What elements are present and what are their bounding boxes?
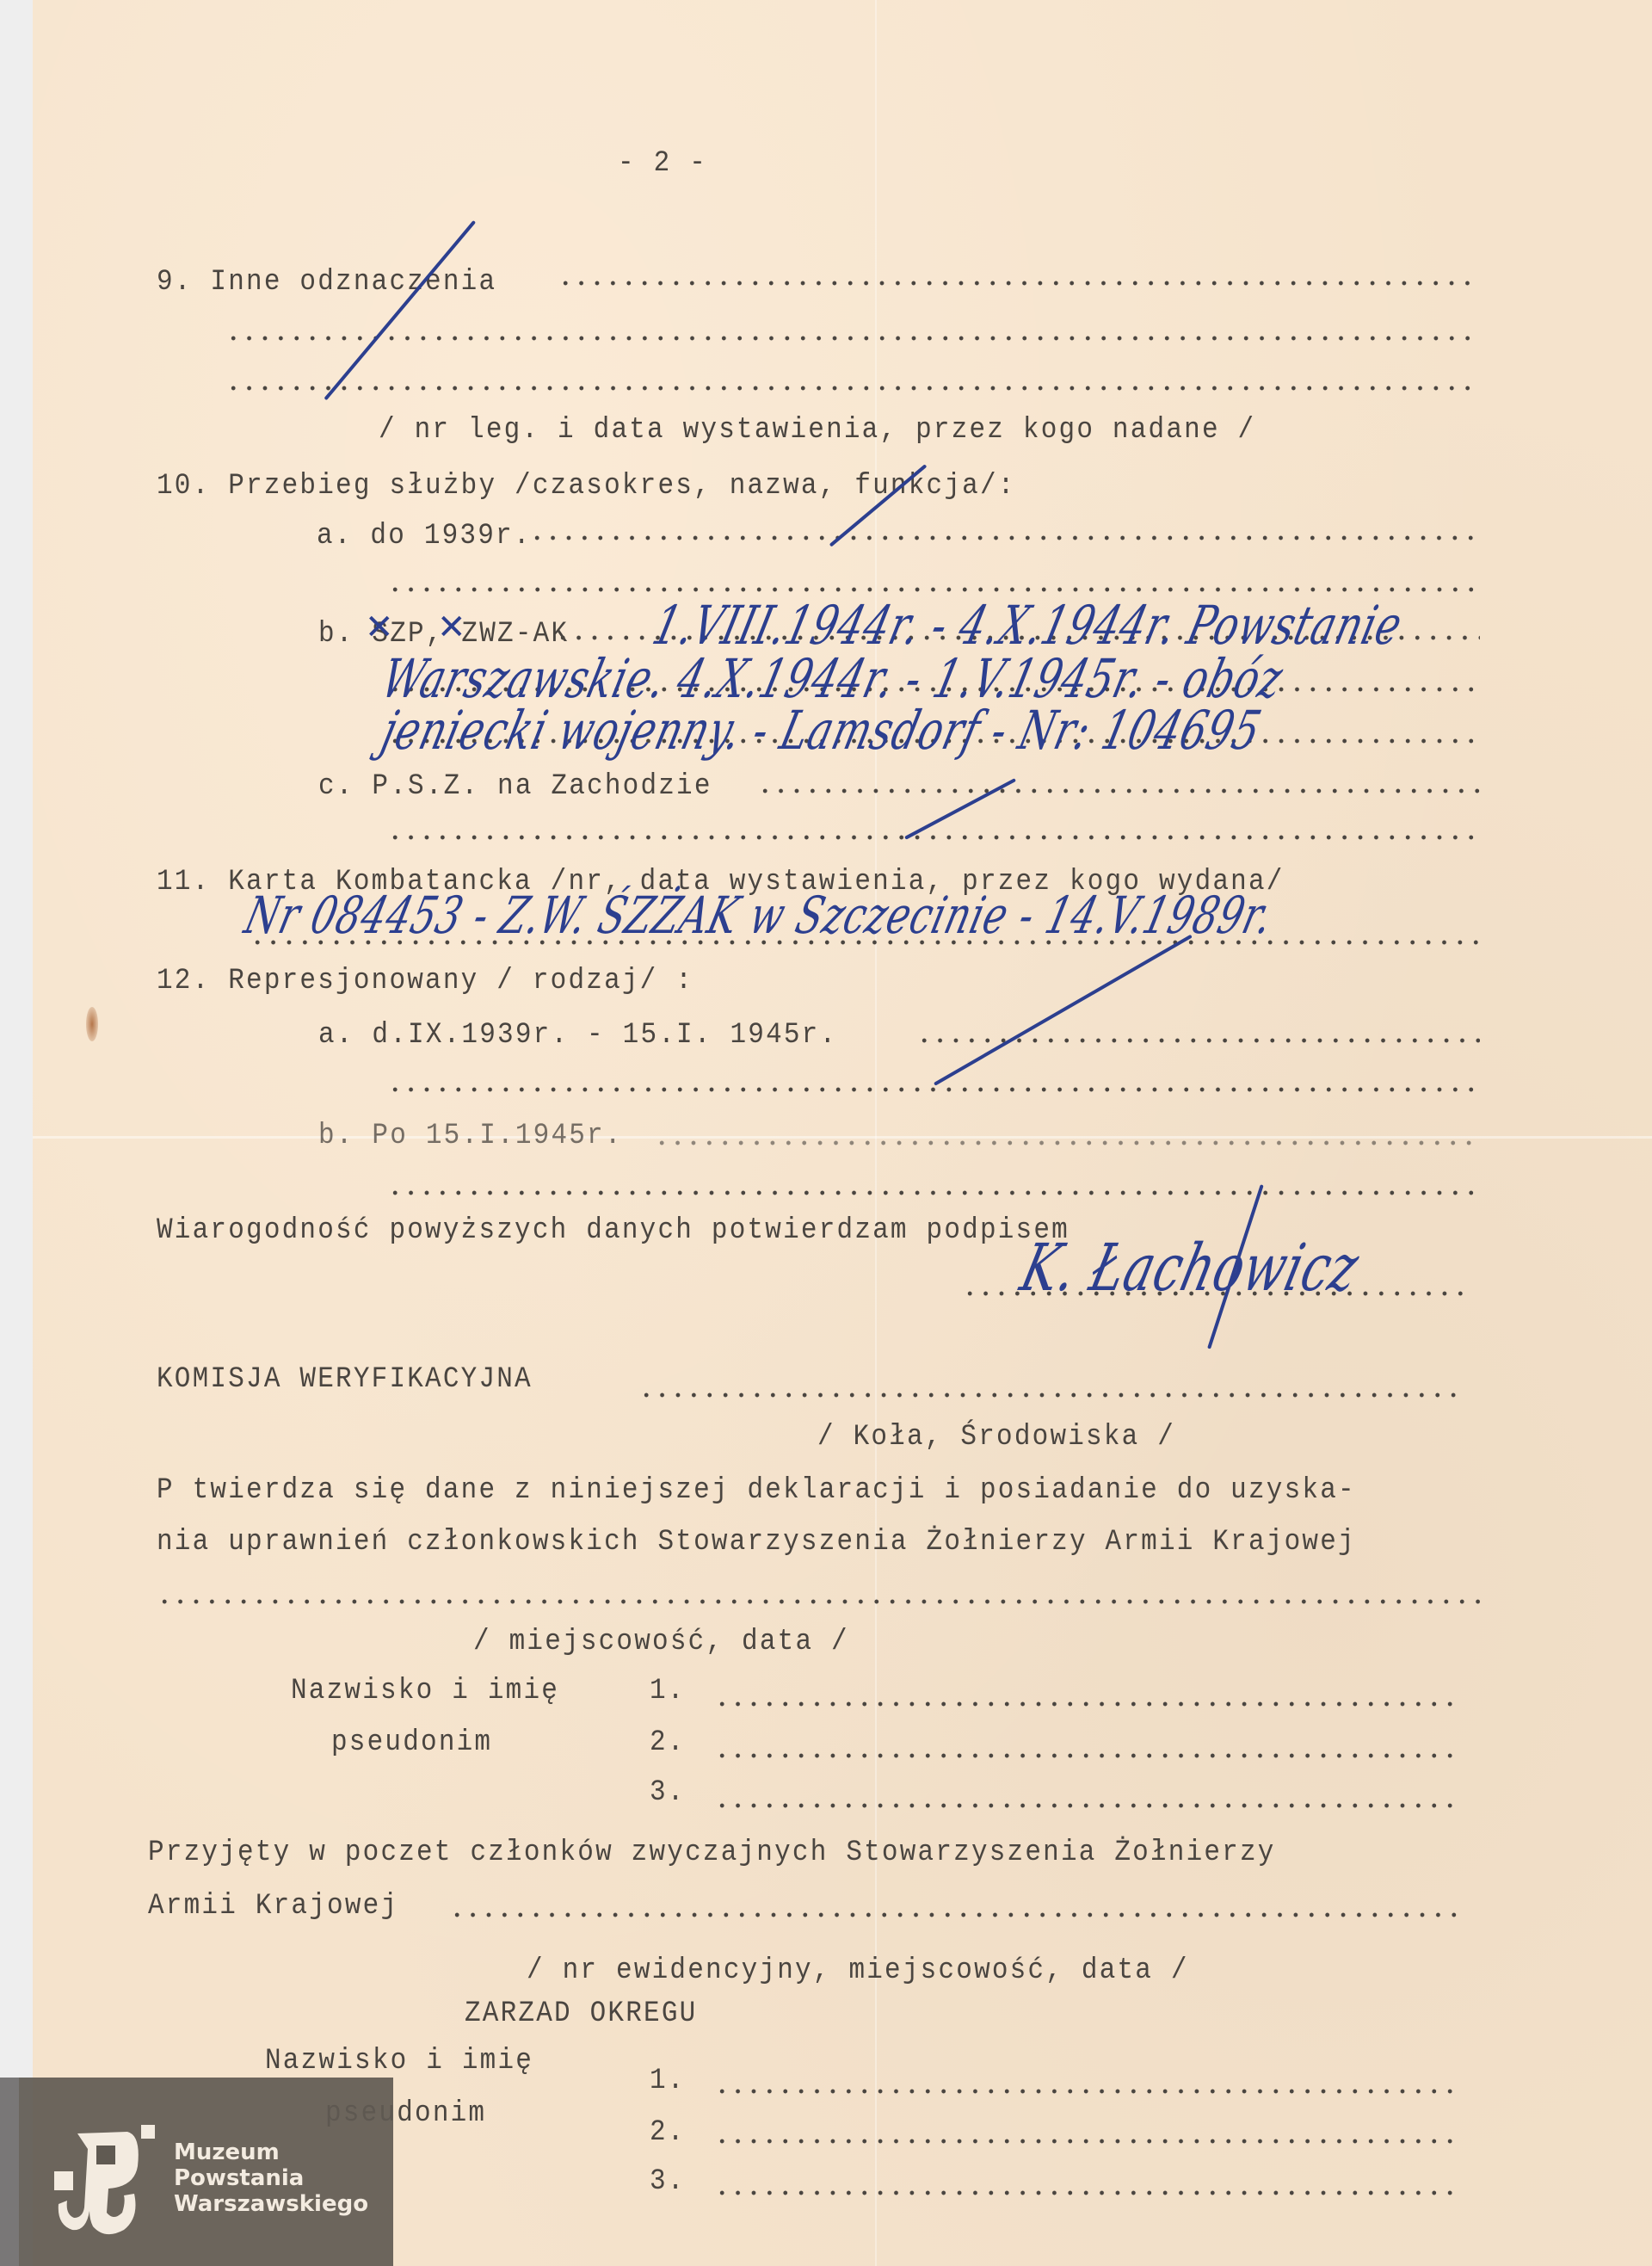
fill-line (387, 835, 1480, 840)
district-board-title: ZARZAD OKREGU (465, 1997, 697, 2030)
section-10a-label: a. do 1939r. (317, 519, 532, 553)
handwritten-service-line-3: jeniecki wojenny. - Lamsdorf - Nr: 10469… (376, 699, 1267, 762)
fold-line-horizontal (33, 1136, 1652, 1139)
handwritten-combatant-card: Nr 084453 - Z.W. ŚZŻAK w Szczecinie - 14… (239, 886, 1279, 946)
paper-stain (86, 1007, 98, 1041)
strikeout-mark: ✕ (365, 608, 394, 647)
fill-line (387, 587, 1480, 592)
section-12-label: 12. Represjonowany / rodzaj/ : (157, 964, 693, 997)
admission-item-1: 1. (650, 2064, 686, 2097)
fill-line (714, 1803, 1463, 1808)
confirmation-text: Wiarogodność powyższych danych potwierdz… (157, 1213, 1069, 1247)
fill-line (225, 386, 1480, 391)
commission-statement-line-1: P twierdza się dane z niniejszej deklara… (157, 1473, 1356, 1507)
commission-item-1: 1. (650, 1674, 686, 1707)
section-12b-label: b. Po 15.I.1945r. (318, 1119, 623, 1152)
fill-line (714, 1701, 1463, 1707)
fill-line (714, 2089, 1463, 2094)
section-9-caption: / nr leg. i data wystawienia, przez kogo… (379, 413, 1255, 447)
fill-line (654, 1140, 1480, 1145)
museum-name: Muzeum Powstania Warszawskiego (174, 2139, 368, 2217)
fill-line (757, 788, 1480, 793)
museum-name-line-2: Powstania (174, 2165, 368, 2191)
commission-caption: / Koła, Środowiska / (817, 1420, 1175, 1454)
section-9-label: 9. Inne odznaczenia (157, 265, 496, 299)
commission-pseudonym-label: pseudonim (331, 1726, 492, 1759)
commission-item-2: 2. (650, 1726, 686, 1759)
logo-edge (0, 2078, 19, 2266)
museum-name-line-1: Muzeum (174, 2139, 368, 2165)
kotwica-anchor-icon (52, 2125, 155, 2235)
section-12a-label: a. d.IX.1939r. - 15.I. 1945r. (318, 1018, 837, 1052)
signature: K. Łachowicz (1014, 1231, 1366, 1306)
commission-item-3: 3. (650, 1775, 686, 1809)
fill-line (714, 2139, 1463, 2144)
admission-name-label: Nazwisko i imię (265, 2044, 533, 2078)
fill-line (638, 1392, 1463, 1398)
commission-statement-line-2: nia uprawnień członkowskich Stowarzyszen… (157, 1525, 1356, 1559)
commission-name-label: Nazwisko i imię (291, 1674, 559, 1707)
fill-line (558, 281, 1480, 286)
place-date-caption: / miejscowość, data / (473, 1625, 849, 1658)
fill-line (387, 1190, 1480, 1195)
section-10c-label: c. P.S.Z. na Zachodzie (318, 769, 712, 803)
admission-line-1: Przyjęty w poczet członków zwyczajnych S… (148, 1836, 1276, 1869)
museum-name-line-3: Warszawskiego (174, 2191, 368, 2217)
fill-line (529, 535, 1480, 540)
fill-line (714, 2190, 1463, 2195)
fill-line (714, 1753, 1463, 1758)
fill-line (157, 1599, 1480, 1604)
fill-line (225, 336, 1480, 341)
fill-line (916, 1038, 1480, 1043)
commission-title: KOMISJA WERYFIKACYJNA (157, 1362, 533, 1396)
fill-line (387, 1087, 1480, 1092)
museum-watermark: Muzeum Powstania Warszawskiego (0, 2078, 393, 2266)
fill-line (449, 1912, 1463, 1917)
strikeout-mark: ✕ (437, 608, 466, 647)
admission-item-2: 2. (650, 2115, 686, 2149)
page-number: - 2 - (618, 146, 707, 180)
admission-item-3: 3. (650, 2164, 686, 2198)
admission-caption: / nr ewidencyjny, miejscowość, data / (527, 1954, 1189, 1987)
admission-line-2: Armii Krajowej (148, 1889, 398, 1923)
